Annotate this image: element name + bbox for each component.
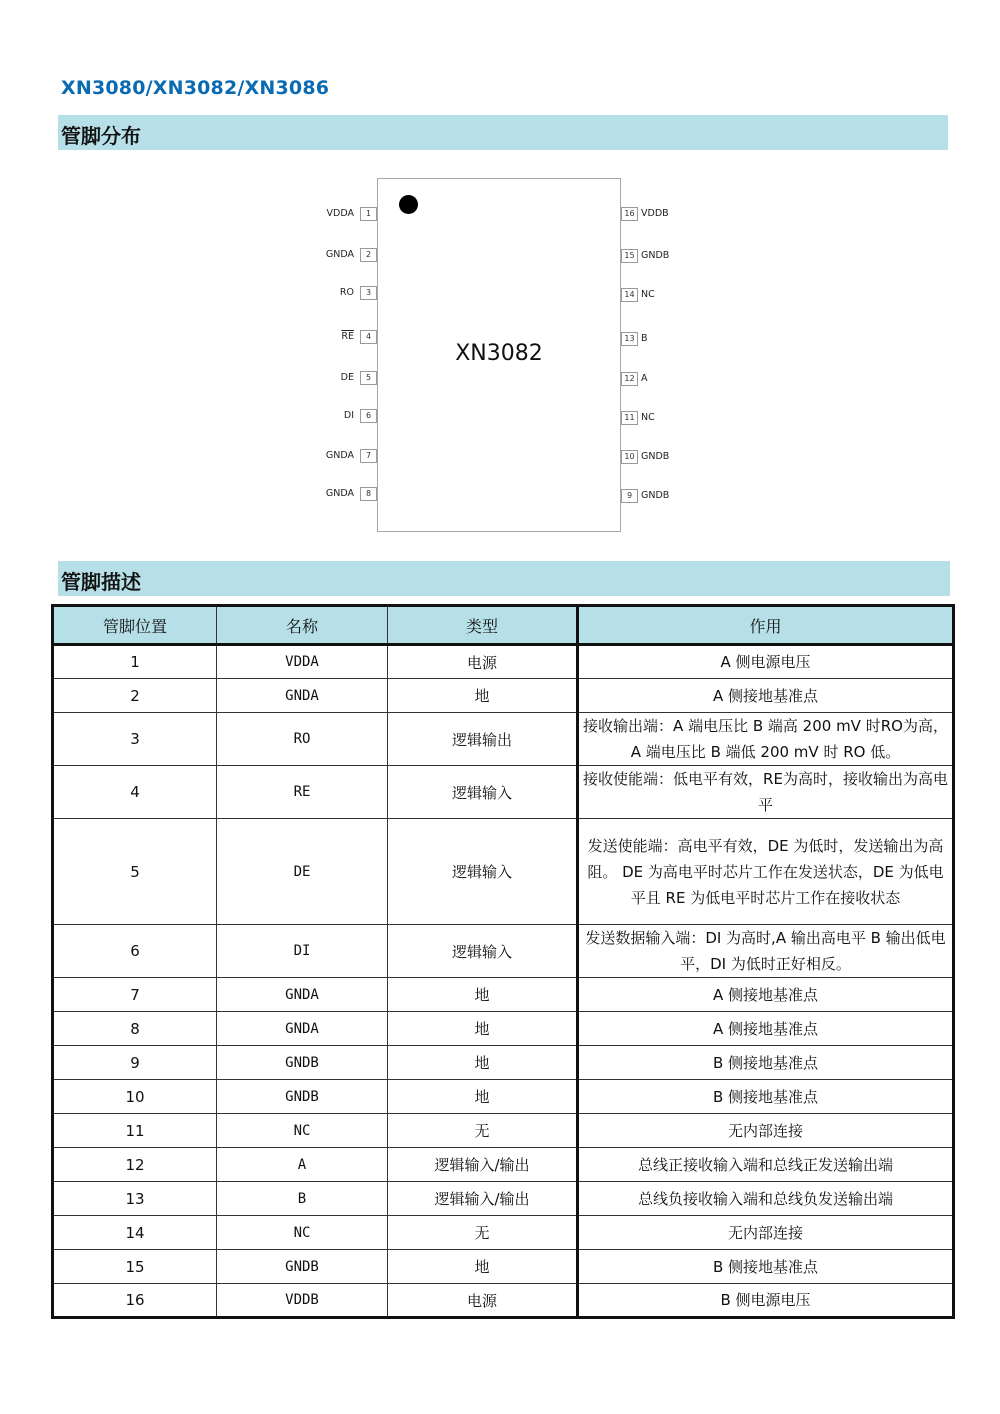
table-row: 10GNDB地B 侧接地基准点 (53, 1080, 954, 1114)
pin-name-cell: DE (217, 819, 388, 925)
pin-type-cell: 逻辑输入 (388, 819, 578, 925)
pin-function-cell: A 侧电源电压 (578, 645, 954, 679)
pin-type-cell: 逻辑输入 (388, 925, 578, 978)
pin-name-cell: GNDB (217, 1046, 388, 1080)
pin-name-cell: VDDB (217, 1284, 388, 1318)
table-row: 5DE逻辑输入发送使能端：高电平有效，DE 为低时，发送输出为高阻。 DE 为高… (53, 819, 954, 925)
pin-number-box: 13 (621, 332, 638, 346)
pin-position-cell: 16 (53, 1284, 217, 1318)
pin-number-box: 7 (360, 449, 377, 463)
pin-type-cell: 地 (388, 978, 578, 1012)
pin-number-box: 5 (360, 371, 377, 385)
header-type: 类型 (388, 606, 578, 645)
pin-name-label: NC (641, 288, 655, 302)
pin-name-cell: GNDB (217, 1080, 388, 1114)
section-title: 管脚描述 (61, 566, 141, 595)
pin-type-cell: 地 (388, 1012, 578, 1046)
table-row: 7GNDA地A 侧接地基准点 (53, 978, 954, 1012)
pin-position-cell: 5 (53, 819, 217, 925)
pin-function-cell: 接收使能端：低电平有效，RE为高时，接收输出为高电平 (578, 766, 954, 819)
pin-position-cell: 12 (53, 1148, 217, 1182)
table-row: 11NC无无内部连接 (53, 1114, 954, 1148)
pin-type-cell: 地 (388, 679, 578, 713)
pin-position-cell: 7 (53, 978, 217, 1012)
pin-type-cell: 逻辑输出 (388, 713, 578, 766)
pin-position-cell: 14 (53, 1216, 217, 1250)
pin-number-box: 12 (621, 372, 638, 386)
pin-number-box: 14 (621, 288, 638, 302)
table-row: 4RE逻辑输入接收使能端：低电平有效，RE为高时，接收输出为高电平 (53, 766, 954, 819)
pin-type-cell: 地 (388, 1046, 578, 1080)
pin-name-label: GNDB (641, 489, 669, 503)
pin-name-cell: RO (217, 713, 388, 766)
pin1-marker-icon (399, 195, 418, 214)
table-row: 16VDDB电源B 侧电源电压 (53, 1284, 954, 1318)
header-name: 名称 (217, 606, 388, 645)
pin-function-cell: 总线正接收输入端和总线正发送输出端 (578, 1148, 954, 1182)
pin-number-box: 9 (621, 489, 638, 503)
pin-type-cell: 电源 (388, 1284, 578, 1318)
pin-position-cell: 8 (53, 1012, 217, 1046)
pin-function-cell: 总线负接收输入端和总线负发送输出端 (578, 1182, 954, 1216)
pin-name-label: GNDB (641, 450, 669, 464)
pin-position-cell: 6 (53, 925, 217, 978)
table-row: 2GNDA地A 侧接地基准点 (53, 679, 954, 713)
pin-name-label: RO (340, 286, 354, 300)
pin-name-label: B (641, 332, 648, 346)
pin-type-cell: 无 (388, 1216, 578, 1250)
table-row: 12A逻辑输入/输出总线正接收输入端和总线正发送输出端 (53, 1148, 954, 1182)
header-function: 作用 (578, 606, 954, 645)
pin-number-box: 1 (360, 207, 377, 221)
pin-name-cell: RE (217, 766, 388, 819)
header-pin-position: 管脚位置 (53, 606, 217, 645)
pin-name-label: VDDA (327, 207, 354, 221)
pin-name-label: RE (341, 330, 354, 344)
pin-name-cell: NC (217, 1216, 388, 1250)
pin-number-box: 3 (360, 286, 377, 300)
pin-name-cell: DI (217, 925, 388, 978)
section-header-description: 管脚描述 (58, 561, 950, 596)
section-header-pinout: 管脚分布 (58, 115, 948, 150)
pin-function-cell: 无内部连接 (578, 1216, 954, 1250)
pin-name-label: DE (341, 371, 354, 385)
table-row: 1VDDA电源A 侧电源电压 (53, 645, 954, 679)
pin-type-cell: 无 (388, 1114, 578, 1148)
pin-name-label: NC (641, 411, 655, 425)
pin-function-cell: B 侧接地基准点 (578, 1046, 954, 1080)
table-row: 13B逻辑输入/输出总线负接收输入端和总线负发送输出端 (53, 1182, 954, 1216)
pin-position-cell: 4 (53, 766, 217, 819)
pin-position-cell: 15 (53, 1250, 217, 1284)
pin-name-label: GNDA (326, 449, 354, 463)
pin-position-cell: 2 (53, 679, 217, 713)
table-row: 3RO逻辑输出接收输出端：A 端电压比 B 端高 200 mV 时RO为高，A … (53, 713, 954, 766)
pin-number-box: 2 (360, 248, 377, 262)
pin-function-cell: 无内部连接 (578, 1114, 954, 1148)
pin-type-cell: 逻辑输入 (388, 766, 578, 819)
pin-name-cell: GNDA (217, 1012, 388, 1046)
pin-type-cell: 逻辑输入/输出 (388, 1148, 578, 1182)
pin-number-box: 10 (621, 450, 638, 464)
pin-number-box: 15 (621, 249, 638, 263)
table-header-row: 管脚位置 名称 类型 作用 (53, 606, 954, 645)
pin-type-cell: 地 (388, 1080, 578, 1114)
pin-type-cell: 逻辑输入/输出 (388, 1182, 578, 1216)
pin-number-box: 4 (360, 330, 377, 344)
pin-number-box: 6 (360, 409, 377, 423)
pin-function-cell: A 侧接地基准点 (578, 978, 954, 1012)
pin-function-cell: B 侧接地基准点 (578, 1250, 954, 1284)
pin-number-box: 8 (360, 487, 377, 501)
pin-name-label: VDDB (641, 207, 669, 221)
pin-number-box: 16 (621, 207, 638, 221)
pin-name-cell: NC (217, 1114, 388, 1148)
pin-function-cell: B 侧接地基准点 (578, 1080, 954, 1114)
pin-position-cell: 9 (53, 1046, 217, 1080)
pin-position-cell: 13 (53, 1182, 217, 1216)
table-row: 14NC无无内部连接 (53, 1216, 954, 1250)
section-title: 管脚分布 (61, 120, 141, 149)
pin-description-table: 管脚位置 名称 类型 作用 1VDDA电源A 侧电源电压2GNDA地A 侧接地基… (51, 604, 955, 1319)
document-title: XN3080/XN3082/XN3086 (61, 77, 329, 99)
pin-name-cell: GNDB (217, 1250, 388, 1284)
table-row: 15GNDB地B 侧接地基准点 (53, 1250, 954, 1284)
pin-type-cell: 电源 (388, 645, 578, 679)
pin-name-cell: VDDA (217, 645, 388, 679)
pin-name-cell: GNDA (217, 978, 388, 1012)
pin-name-cell: A (217, 1148, 388, 1182)
table-row: 6DI逻辑输入发送数据输入端：DI 为高时,A 输出高电平 B 输出低电平，DI… (53, 925, 954, 978)
pin-name-label: GNDA (326, 487, 354, 501)
pin-function-cell: B 侧电源电压 (578, 1284, 954, 1318)
table-row: 9GNDB地B 侧接地基准点 (53, 1046, 954, 1080)
pin-position-cell: 3 (53, 713, 217, 766)
pin-function-cell: A 侧接地基准点 (578, 679, 954, 713)
pin-name-label: GNDA (326, 248, 354, 262)
pin-type-cell: 地 (388, 1250, 578, 1284)
pin-position-cell: 1 (53, 645, 217, 679)
pin-function-cell: A 侧接地基准点 (578, 1012, 954, 1046)
pin-number-box: 11 (621, 411, 638, 425)
pin-function-cell: 接收输出端：A 端电压比 B 端高 200 mV 时RO为高，A 端电压比 B … (578, 713, 954, 766)
pin-name-label: DI (344, 409, 354, 423)
pin-position-cell: 10 (53, 1080, 217, 1114)
pin-name-label: GNDB (641, 249, 669, 263)
table-row: 8GNDA地A 侧接地基准点 (53, 1012, 954, 1046)
pin-function-cell: 发送数据输入端：DI 为高时,A 输出高电平 B 输出低电平，DI 为低时正好相… (578, 925, 954, 978)
pin-function-cell: 发送使能端：高电平有效，DE 为低时，发送输出为高阻。 DE 为高电平时芯片工作… (578, 819, 954, 925)
pin-position-cell: 11 (53, 1114, 217, 1148)
pin-name-cell: GNDA (217, 679, 388, 713)
chip-name: XN3082 (377, 341, 621, 366)
pin-name-label: A (641, 372, 648, 386)
pin-name-cell: B (217, 1182, 388, 1216)
table-body: 1VDDA电源A 侧电源电压2GNDA地A 侧接地基准点3RO逻辑输出接收输出端… (53, 645, 954, 1318)
